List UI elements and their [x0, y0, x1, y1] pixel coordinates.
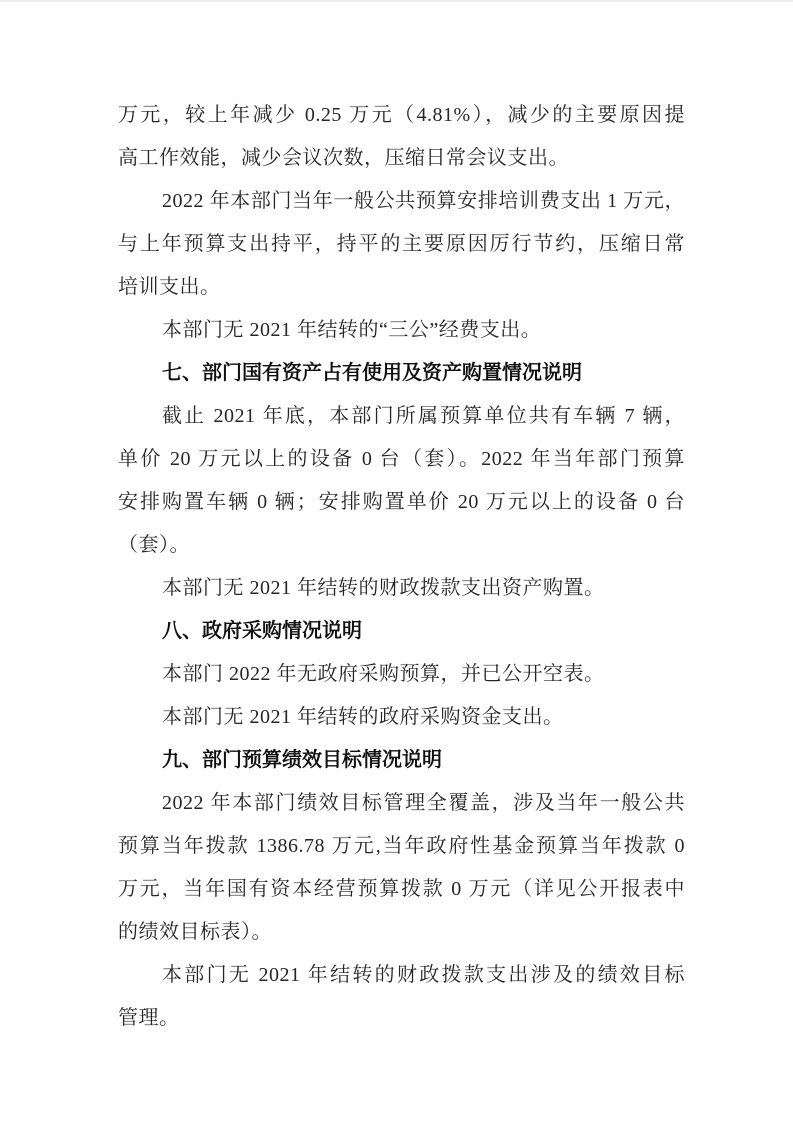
paragraph-line: 管理。: [118, 997, 685, 1040]
paragraph-line: 万元，当年国有资本经营预算拨款 0 万元（详见公开报表中: [118, 868, 685, 911]
paragraph-line: 安排购置车辆 0 辆；安排购置单价 20 万元以上的设备 0 台: [118, 481, 685, 524]
paragraph-line: 2022 年本部门当年一般公共预算安排培训费支出 1 万元，: [118, 180, 685, 223]
paragraph-line: 万元，较上年减少 0.25 万元（4.81%），减少的主要原因提: [118, 94, 685, 137]
section-heading-8: 八、政府采购情况说明: [118, 610, 685, 653]
paragraph-conference-expense: 万元，较上年减少 0.25 万元（4.81%），减少的主要原因提 高工作效能，减…: [118, 94, 685, 180]
paragraph-performance-targets: 2022 年本部门绩效目标管理全覆盖，涉及当年一般公共 预算当年拨款 1386.…: [118, 782, 685, 954]
paragraph-no-carryover-performance: 本部门无 2021 年结转的财政拨款支出涉及的绩效目标 管理。: [118, 954, 685, 1040]
paragraph-line: 与上年预算支出持平，持平的主要原因厉行节约，压缩日常: [118, 223, 685, 266]
paragraph-no-carryover-asset-purchase: 本部门无 2021 年结转的财政拨款支出资产购置。: [118, 567, 685, 610]
document-page: 万元，较上年减少 0.25 万元（4.81%），减少的主要原因提 高工作效能，减…: [0, 0, 793, 1122]
paragraph-no-carryover-procurement: 本部门无 2021 年结转的政府采购资金支出。: [118, 696, 685, 739]
paragraph-line: 的绩效目标表）。: [118, 911, 685, 954]
paragraph-line: 培训支出。: [118, 266, 685, 309]
paragraph-line: 预算当年拨款 1386.78 万元,当年政府性基金预算当年拨款 0: [118, 825, 685, 868]
paragraph-line: 本部门无 2021 年结转的财政拨款支出涉及的绩效目标: [118, 954, 685, 997]
paragraph-state-assets: 截止 2021 年底，本部门所属预算单位共有车辆 7 辆， 单价 20 万元以上…: [118, 395, 685, 567]
paragraph-no-procurement-budget: 本部门 2022 年无政府采购预算，并已公开空表。: [118, 653, 685, 696]
paragraph-line: 本部门 2022 年无政府采购预算，并已公开空表。: [118, 653, 685, 696]
paragraph-line: 高工作效能，减少会议次数，压缩日常会议支出。: [118, 137, 685, 180]
paragraph-line: （套）。: [118, 524, 685, 567]
paragraph-line: 本部门无 2021 年结转的“三公”经费支出。: [118, 309, 685, 352]
paragraph-no-carryover-three-public: 本部门无 2021 年结转的“三公”经费支出。: [118, 309, 685, 352]
paragraph-line: 截止 2021 年底，本部门所属预算单位共有车辆 7 辆，: [118, 395, 685, 438]
paragraph-line: 单价 20 万元以上的设备 0 台（套）。2022 年当年部门预算: [118, 438, 685, 481]
document-body: 万元，较上年减少 0.25 万元（4.81%），减少的主要原因提 高工作效能，减…: [118, 94, 685, 1040]
section-heading-7: 七、部门国有资产占有使用及资产购置情况说明: [118, 352, 685, 395]
section-heading-9: 九、部门预算绩效目标情况说明: [118, 739, 685, 782]
paragraph-line: 本部门无 2021 年结转的财政拨款支出资产购置。: [118, 567, 685, 610]
paragraph-line: 本部门无 2021 年结转的政府采购资金支出。: [118, 696, 685, 739]
paragraph-training-expense: 2022 年本部门当年一般公共预算安排培训费支出 1 万元， 与上年预算支出持平…: [118, 180, 685, 309]
paragraph-line: 2022 年本部门绩效目标管理全覆盖，涉及当年一般公共: [118, 782, 685, 825]
